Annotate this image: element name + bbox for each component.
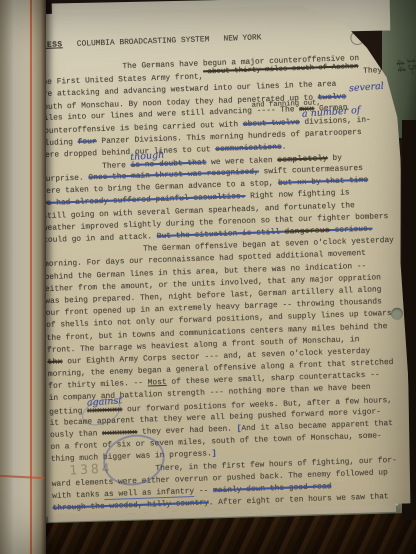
pen-struck-text: four bbox=[78, 137, 97, 147]
typed-text: ously than bbox=[50, 429, 102, 440]
header-city: NEW YORK bbox=[223, 33, 261, 43]
photo-of-typed-press-script: 15-44 PRESS COLUMBIA BROADCASTING SYSTEM… bbox=[0, 0, 416, 554]
header-spacer bbox=[62, 40, 77, 49]
pen-struck-text: twelve bbox=[318, 92, 347, 102]
typed-text: -- bbox=[194, 486, 213, 496]
red-margin-line-horizontal bbox=[0, 475, 44, 479]
typed-text: they ever had been. bbox=[137, 424, 237, 436]
header-spacer-2 bbox=[209, 35, 224, 44]
typed-text: Right now fighting is bbox=[245, 189, 349, 202]
pen-struck-text: but xx by that time bbox=[278, 176, 368, 188]
pen-struck-text: serious. bbox=[330, 225, 373, 235]
handwritten-insertion: though bbox=[130, 152, 131, 164]
typed-text: with tanks bbox=[52, 490, 104, 501]
handwritten-insertion: a number of bbox=[299, 109, 300, 121]
typed-text: . bbox=[281, 142, 286, 151]
typed-text: for thirty miles. -- bbox=[48, 379, 148, 391]
org-title: COLUMBIA BROADCASTING SYSTEM bbox=[77, 35, 210, 49]
typed-text: They bbox=[358, 66, 382, 76]
typed-lines: The Germans have begun a major counterof… bbox=[37, 52, 413, 515]
pencil-ring-mark bbox=[350, 31, 364, 45]
overtyped-struck-text: completely bbox=[277, 154, 328, 165]
tab-handwritten-note: 15-44 bbox=[393, 57, 416, 81]
typed-text: by bbox=[328, 153, 343, 162]
rolled-back-page bbox=[0, 0, 46, 554]
pen-struck-text: about twelve bbox=[243, 118, 300, 129]
typed-page: PRESS COLUMBIA BROADCASTING SYSTEM NEW Y… bbox=[23, 2, 412, 517]
underlined-text: Most bbox=[148, 378, 167, 388]
overtyped-struck-text: dangerous bbox=[284, 226, 330, 237]
typed-page-content: PRESS COLUMBIA BROADCASTING SYSTEM NEW Y… bbox=[23, 2, 412, 517]
handwritten-insertion: several bbox=[346, 83, 347, 95]
pen-struck-text: communications bbox=[215, 142, 282, 153]
typed-text: surprise. bbox=[41, 174, 89, 185]
pen-bracket: ] bbox=[212, 450, 217, 459]
red-margin-line-vertical bbox=[30, 0, 32, 554]
overtyped-struck-text: thx bbox=[47, 357, 62, 367]
